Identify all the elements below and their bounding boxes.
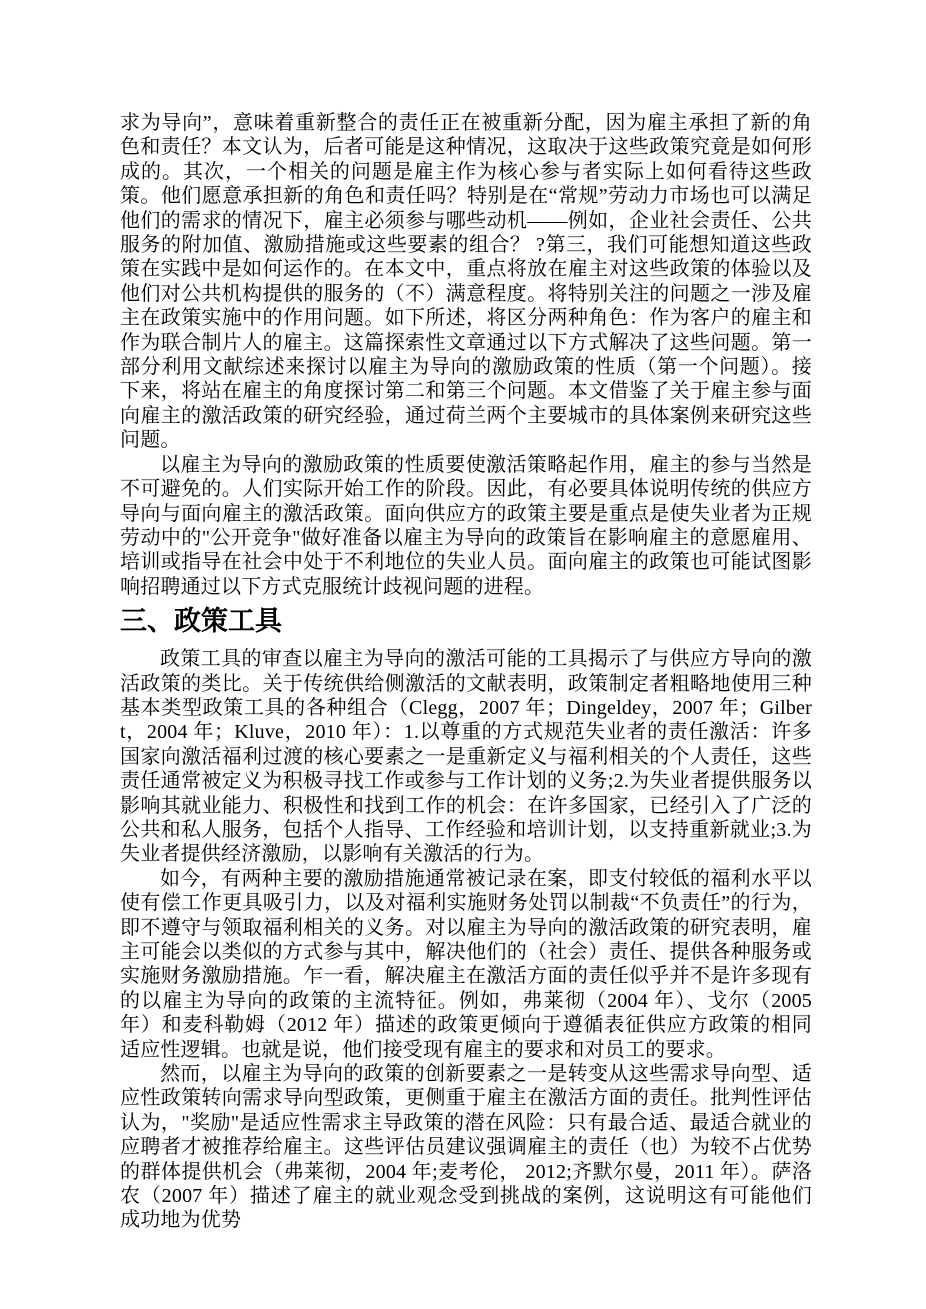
paragraph: 以雇主为导向的激励政策的性质要使激活策略起作用，雇主的参与当然是不可避免的。人们… [120, 453, 812, 599]
paragraph: 如今，有两种主要的激励措施通常被记录在案，即支付较低的福利水平以使有偿工作更具吸… [120, 867, 812, 1062]
section-heading: 三、政策工具 [120, 605, 812, 638]
paragraph: 然而，以雇主为导向的政策的创新要素之一是转变从这些需求导向型、适应性政策转向需求… [120, 1062, 812, 1233]
document-page: 求为导向”，意味着重新整合的责任正在被重新分配，因为雇主承担了新的角色和责任？本… [0, 0, 926, 1309]
paragraph: 政策工具的审查以雇主为导向的激活可能的工具揭示了与供应方导向的激活政策的类比。关… [120, 647, 812, 867]
document-text-block: 求为导向”，意味着重新整合的责任正在被重新分配，因为雇主承担了新的角色和责任？本… [120, 111, 812, 1233]
paragraph-continuation: 求为导向”，意味着重新整合的责任正在被重新分配，因为雇主承担了新的角色和责任？本… [120, 111, 812, 453]
